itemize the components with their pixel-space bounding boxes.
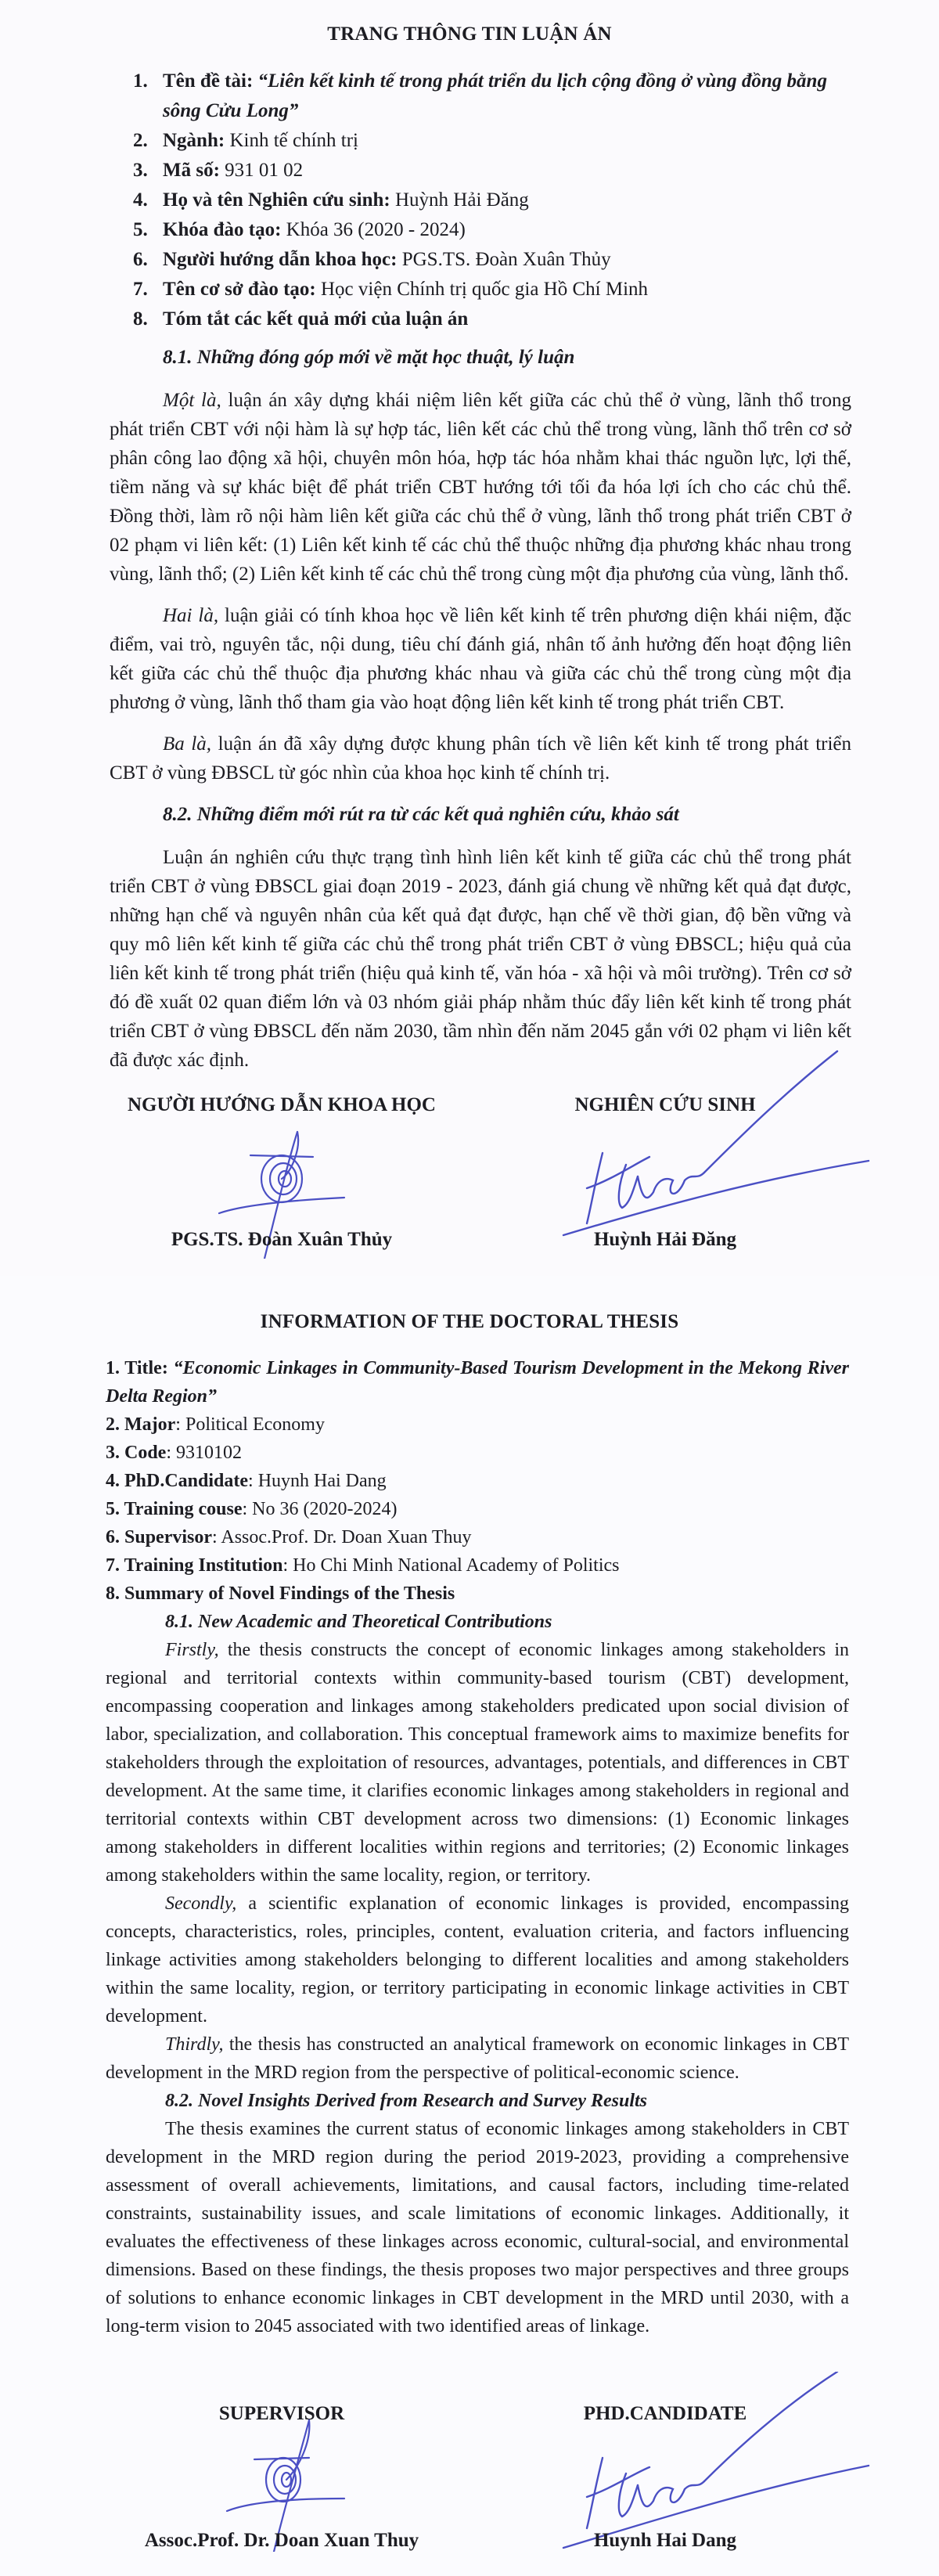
info-item-code: 3. Mã số: 931 01 02 bbox=[133, 156, 853, 186]
section-heading-8-2-en: 8.2. Novel Insights Derived from Researc… bbox=[106, 2087, 849, 2115]
info-item-institution: 7. Tên cơ sở đào tạo: Học viện Chính trị… bbox=[133, 275, 853, 304]
paragraph-firstly: Firstly, the thesis constructs the conce… bbox=[106, 1636, 849, 1890]
paragraph-first: Một là, luận án xây dựng khái niệm liên … bbox=[110, 386, 851, 589]
info-item-title-en: 1. Title: “Economic Linkages in Communit… bbox=[106, 1354, 849, 1410]
supervisor-signature-block-en: SUPERVISOR Assoc.Prof. Dr. Doan Xuan Thu… bbox=[86, 2403, 477, 2560]
page-title-en: INFORMATION OF THE DOCTORAL THESIS bbox=[0, 1311, 939, 1333]
info-item-candidate-en: 4. PhD.Candidate: Huynh Hai Dang bbox=[106, 1467, 849, 1495]
thesis-title: “Liên kết kinh tế trong phát triển du lị… bbox=[163, 70, 827, 121]
thesis-info-list: 1. Tên đề tài: “Liên kết kinh tế trong p… bbox=[133, 67, 853, 334]
info-item-major-en: 2. Major: Political Economy bbox=[106, 1410, 849, 1439]
section-heading-8-1-en: 8.1. New Academic and Theoretical Contri… bbox=[106, 1608, 849, 1636]
section-heading-8-1: 8.1. Những đóng góp mới về mặt học thuật… bbox=[110, 343, 851, 372]
info-item-course-en: 5. Training couse: No 36 (2020-2024) bbox=[106, 1495, 849, 1523]
paragraph-second: Hai là, luận giải có tính khoa học về li… bbox=[110, 601, 851, 717]
info-item-course: 5. Khóa đào tạo: Khóa 36 (2020 - 2024) bbox=[133, 215, 853, 245]
supervisor-signature-block: NGƯỜI HƯỚNG DẪN KHOA HỌC PGS.TS. Đoàn Xu… bbox=[86, 1094, 477, 1259]
info-item-supervisor: 6. Người hướng dẫn khoa học: PGS.TS. Đoà… bbox=[133, 245, 853, 275]
vi-findings-body: 8.1. Những đóng góp mới về mặt học thuật… bbox=[110, 343, 851, 1087]
section-heading-8-2: 8.2. Những điểm mới rút ra từ các kết qu… bbox=[110, 800, 851, 829]
info-item-supervisor-en: 6. Supervisor: Assoc.Prof. Dr. Doan Xuan… bbox=[106, 1523, 849, 1551]
thesis-info-list-en: 1. Title: “Economic Linkages in Communit… bbox=[106, 1354, 849, 1608]
english-info-page: INFORMATION OF THE DOCTORAL THESIS 1. Ti… bbox=[0, 1276, 939, 2576]
info-item-candidate: 4. Họ và tên Nghiên cứu sinh: Huỳnh Hải … bbox=[133, 186, 853, 215]
paragraph-results-en: The thesis examines the current status o… bbox=[106, 2115, 849, 2340]
info-item-title: 1. Tên đề tài: “Liên kết kinh tế trong p… bbox=[133, 67, 853, 126]
vietnamese-info-page: TRANG THÔNG TIN LUẬN ÁN 1. Tên đề tài: “… bbox=[0, 0, 939, 1276]
paragraph-secondly: Secondly, a scientific explanation of ec… bbox=[106, 1890, 849, 2030]
candidate-signature-block: NGHIÊN CỨU SINH Huỳnh Hải Đăng bbox=[469, 1094, 861, 1259]
info-item-major: 2. Ngành: Kinh tế chính trị bbox=[133, 126, 853, 156]
candidate-signature-block-en: PHD.CANDIDATE Huynh Hai Dang bbox=[469, 2403, 861, 2560]
info-item-summary: 8. Tóm tắt các kết quả mới của luận án bbox=[133, 304, 853, 334]
info-item-summary-en: 8. Summary of Novel Findings of the Thes… bbox=[106, 1580, 849, 1608]
page-title: TRANG THÔNG TIN LUẬN ÁN bbox=[0, 23, 939, 45]
paragraph-third: Ba là, luận án đã xây dựng được khung ph… bbox=[110, 730, 851, 787]
info-item-code-en: 3. Code: 9310102 bbox=[106, 1439, 849, 1467]
en-findings-body: 8.1. New Academic and Theoretical Contri… bbox=[106, 1608, 849, 2340]
paragraph-results: Luận án nghiên cứu thực trạng tình hình … bbox=[110, 843, 851, 1075]
thesis-title-en: “Economic Linkages in Community-Based To… bbox=[106, 1358, 849, 1407]
info-item-institution-en: 7. Training Institution: Ho Chi Minh Nat… bbox=[106, 1551, 849, 1580]
candidate-signature-icon bbox=[548, 1047, 876, 1243]
paragraph-thirdly: Thirdly, the thesis has constructed an a… bbox=[106, 2030, 849, 2087]
